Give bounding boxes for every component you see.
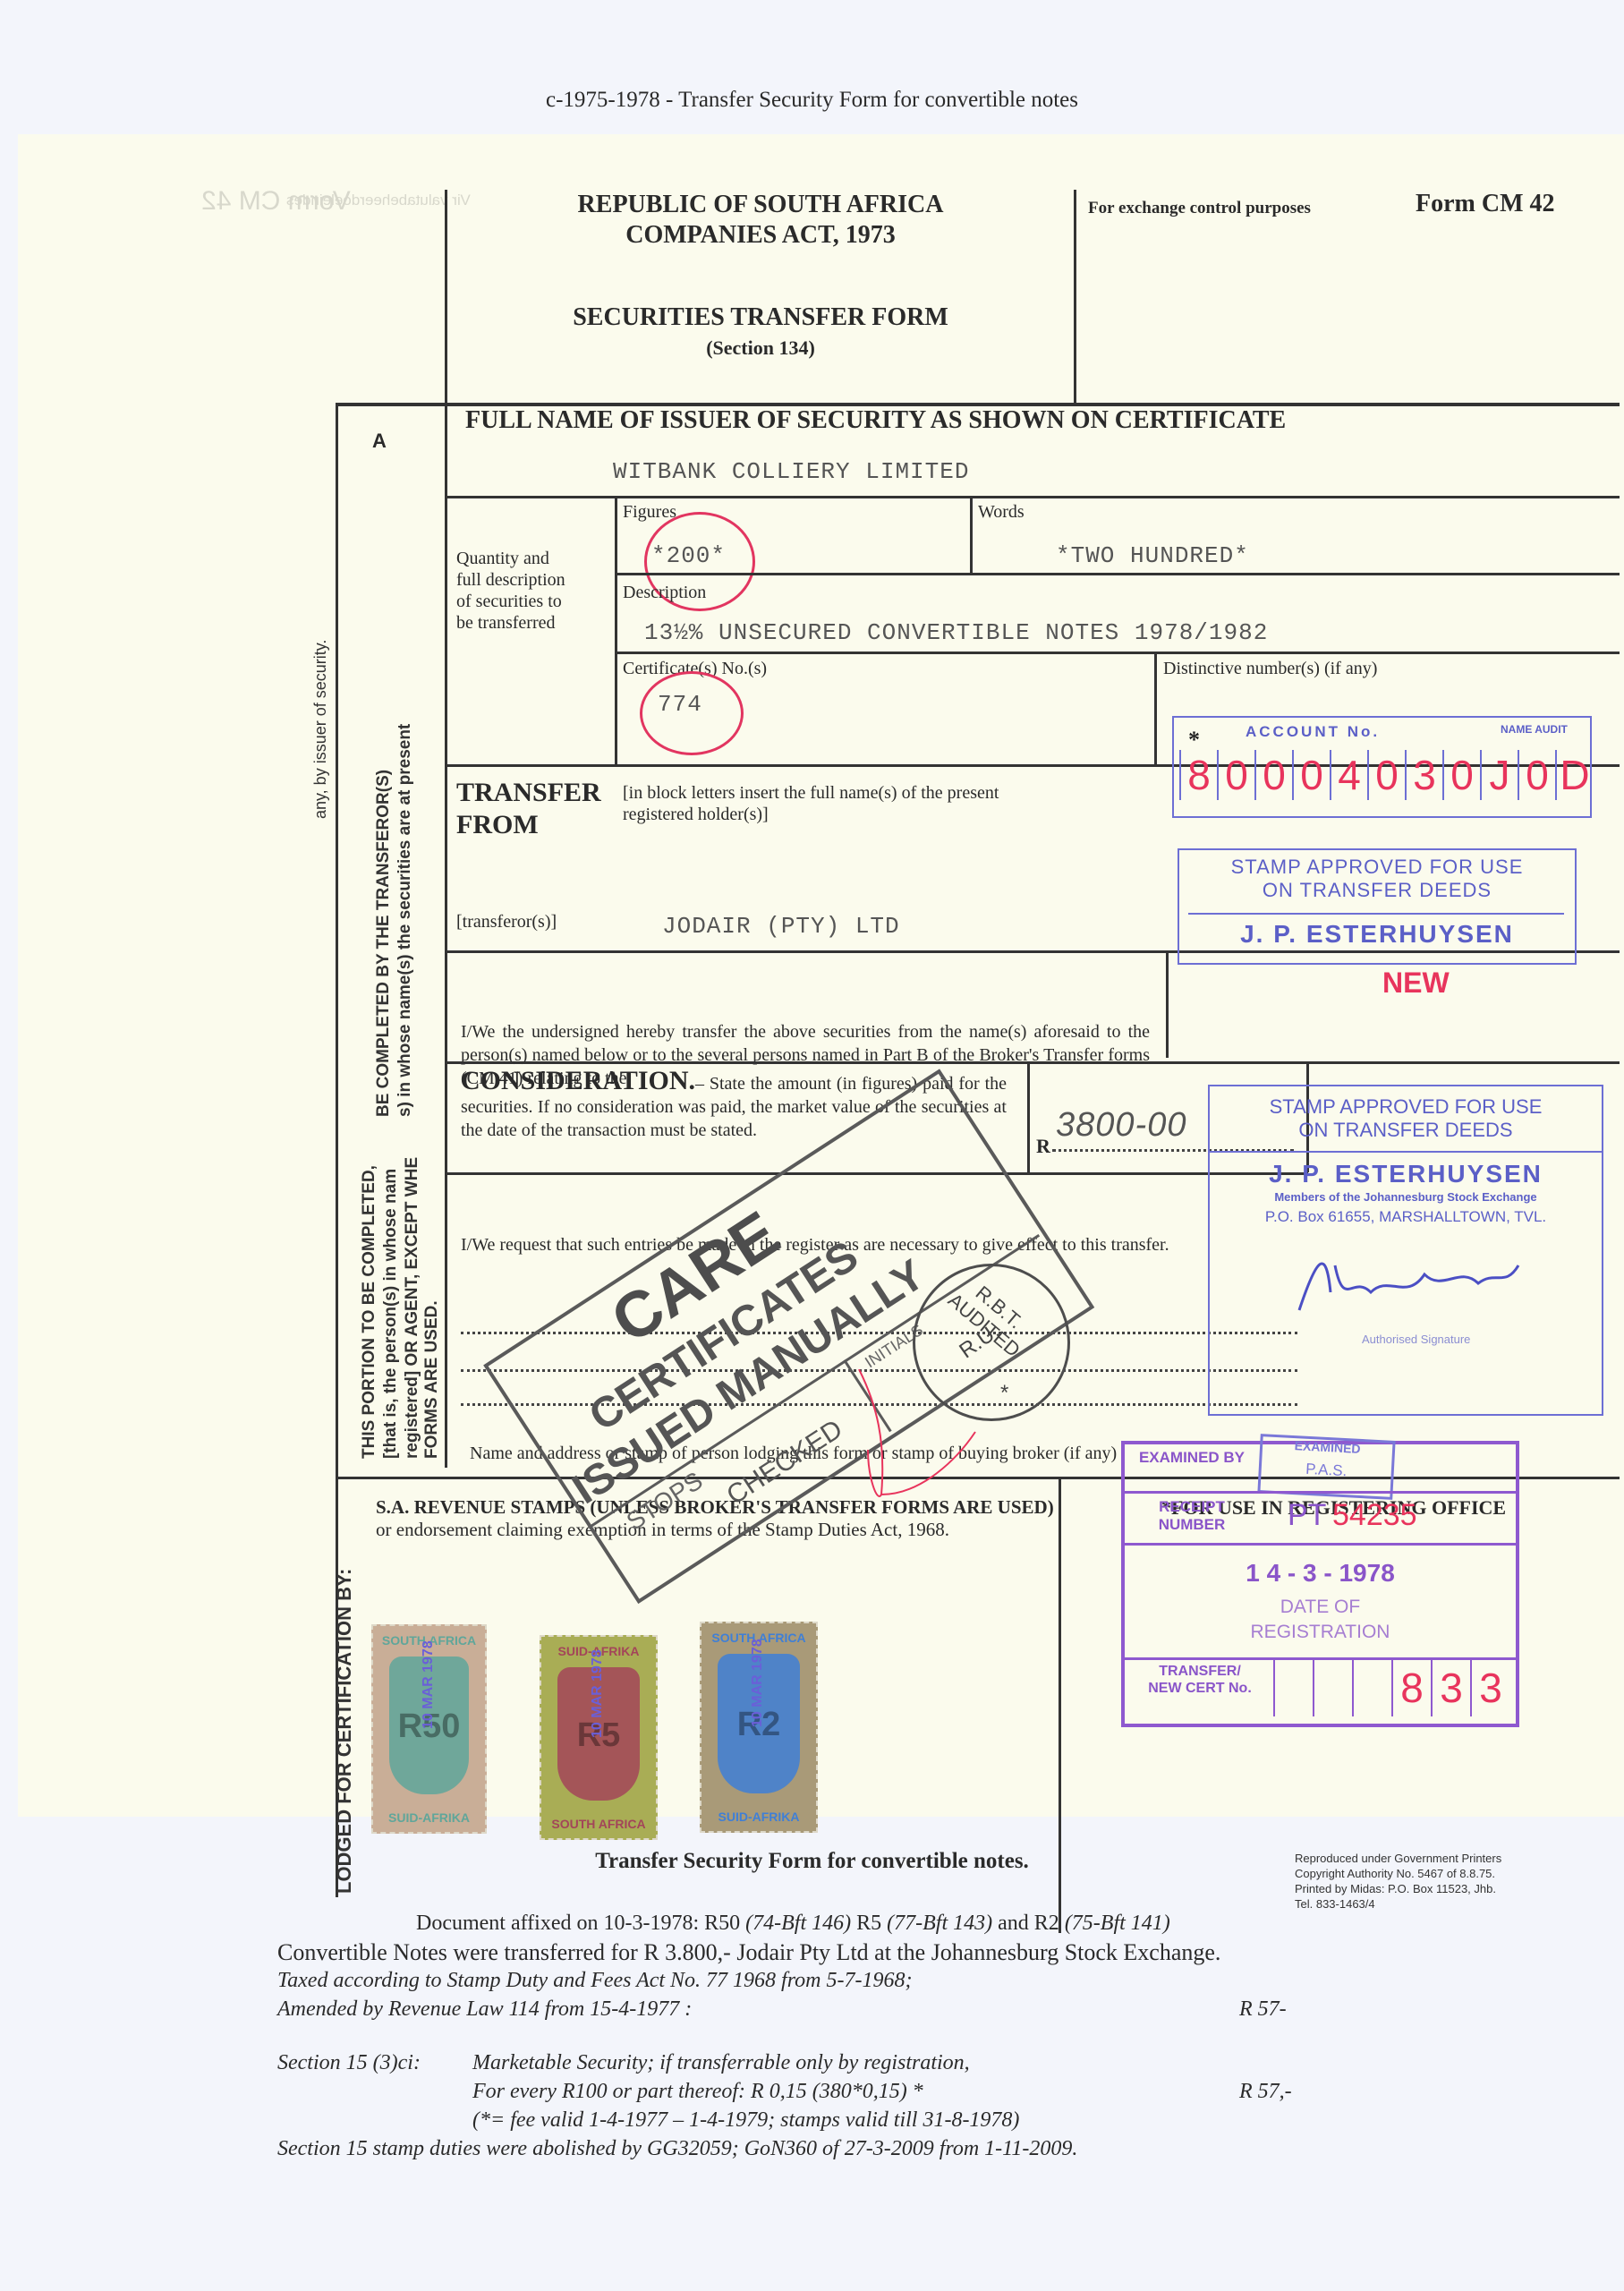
portion-label-2: [that is, the person(s) in whose nam	[381, 1169, 401, 1459]
approved-large-members: Members of the Johannesburg Stock Exchan…	[1210, 1190, 1602, 1204]
distinctive-label: Distinctive number(s) (if any)	[1163, 658, 1377, 679]
account-digits: 80004030J0D	[1179, 750, 1593, 800]
notes-section-text: Marketable Security; if transferrable on…	[472, 2049, 970, 2077]
cert-digit-cell: 3	[1431, 1659, 1470, 1716]
registry-divider-1	[1125, 1491, 1516, 1494]
receipt-label: RECEIPT NUMBER	[1134, 1498, 1250, 1534]
description-label: Description	[623, 582, 706, 603]
authorised-signature-label: Authorised Signature	[1362, 1333, 1470, 1346]
notes-transferred: Convertible Notes were transferred for R…	[277, 1938, 1220, 1966]
approved-stamp-small: STAMP APPROVED FOR USE ON TRANSFER DEEDS…	[1178, 848, 1577, 965]
consideration-heading: CONSIDERATION.	[461, 1066, 695, 1095]
account-digit: 0	[1292, 750, 1330, 800]
notes-validity: (*= fee valid 1-4-1977 – 1-4-1979; stamp…	[472, 2107, 1019, 2134]
transfer-heading-line1: TRANSFER	[456, 778, 601, 807]
lodged-border	[336, 1468, 338, 1897]
revenue-stamp: SOUTH AFRICA R2 10 MAR 1978 SUID-AFRIKA	[700, 1622, 818, 1833]
account-digit: 0	[1217, 750, 1254, 800]
notes-amended: Amended by Revenue Law 114 from 15-4-197…	[277, 1996, 692, 2023]
stamp-cancel: 10 MAR 1978	[750, 1639, 766, 1727]
section-letter: A	[372, 430, 387, 453]
cert-digit-cell: 8	[1391, 1659, 1431, 1716]
notes-title: Transfer Security Form for convertible n…	[0, 1849, 1624, 1874]
cert-digit-cell	[1352, 1659, 1391, 1716]
transferor-value[interactable]: JODAIR (PTY) LTD	[662, 913, 900, 940]
stamp-bottom-text: SOUTH AFRICA	[541, 1817, 656, 1831]
stamp-cancel: 10 MAR 1978	[421, 1640, 437, 1729]
revenue-stamp: SUID-AFRIKA R5 10 MAR 1978 SOUTH AFRICA	[540, 1635, 658, 1840]
registration-date: 1 4 - 3 - 1978	[1125, 1559, 1516, 1588]
transferor-label-2: s) in whose name(s) the securities are a…	[395, 724, 415, 1117]
new-mark: NEW	[1382, 967, 1450, 1000]
transferor-label: [transferor(s)]	[456, 911, 557, 933]
description-value[interactable]: 13½% UNSECURED CONVERTIBLE NOTES 1978/19…	[644, 619, 1268, 646]
declaration-divider	[1166, 950, 1169, 1058]
affixed-r5-ref: (77-Bft 143)	[887, 1912, 992, 1935]
header-left-border	[445, 190, 447, 405]
transferor-label-1: BE COMPLETED BY THE TRANSFEROR(S)	[374, 770, 394, 1117]
account-digit: 0	[1367, 750, 1405, 800]
portion-label-3: registered] OR AGENT, EXCEPT WHE	[403, 1157, 422, 1459]
cert-digit-cell	[1313, 1659, 1352, 1716]
stamp-bottom-text: SUID-AFRIKA	[373, 1810, 485, 1825]
approved-large-address: P.O. Box 61655, MARSHALLTOWN, TVL.	[1210, 1208, 1602, 1226]
affixed-r50-ref: (74-Bft 146)	[745, 1912, 851, 1935]
affixed-r5: R5	[851, 1912, 887, 1935]
examined-value: P.A.S.	[1261, 1458, 1391, 1483]
form-title: SECURITIES TRANSFER FORM	[465, 302, 1056, 333]
account-digit: 0	[1518, 750, 1555, 800]
words-value[interactable]: *TWO HUNDRED*	[1056, 542, 1249, 569]
cert-digits: 833	[1273, 1659, 1509, 1716]
audited-stamp-star: *	[1000, 1381, 1008, 1406]
cert-digit-cell: 3	[1470, 1659, 1509, 1716]
broker-signature	[1263, 1239, 1532, 1319]
name-audit-label: NAME AUDIT	[1501, 723, 1568, 736]
approved-small-broker: J. P. ESTERHUYSEN	[1179, 920, 1575, 949]
approved-large-broker: J. P. ESTERHUYSEN	[1210, 1160, 1602, 1188]
cert-label-2: NEW CERT No.	[1148, 1681, 1252, 1696]
approved-small-line1: STAMP APPROVED FOR USE	[1179, 856, 1575, 879]
issuer-value[interactable]: WITBANK COLLIERY LIMITED	[613, 458, 969, 485]
notes-abolished: Section 15 stamp duties were abolished b…	[277, 2135, 1077, 2163]
notes-amended-amount: R 57-	[1239, 1996, 1287, 2023]
notes-affixed: Document affixed on 10-3-1978: R50 (74-B…	[416, 1910, 1170, 1938]
words-label: Words	[978, 501, 1025, 523]
revenue-stamp: SOUTH AFRICA R50 10 MAR 1978 SUID-AFRIKA	[371, 1624, 487, 1834]
approved-stamp-large: STAMP APPROVED FOR USE ON TRANSFER DEEDS…	[1208, 1085, 1603, 1416]
examined-pas-stamp: EXAMINED P.A.S.	[1257, 1434, 1395, 1500]
affixed-r2: and R2	[992, 1912, 1065, 1935]
stamp-cancel: 10 MAR 1978	[590, 1649, 606, 1738]
date-label-2: REGISTRATION	[1125, 1622, 1516, 1643]
header-right-border	[1074, 190, 1076, 405]
date-label-1: DATE OF	[1125, 1597, 1516, 1618]
registry-divider-2	[1125, 1543, 1516, 1546]
examined-label: EXAMINED BY	[1134, 1450, 1250, 1466]
header-companies-act: COMPANIES ACT, 1973	[465, 220, 1056, 251]
approved-small-divider	[1188, 913, 1564, 915]
distinctive-divider	[1154, 652, 1157, 764]
receipt-value: 54235	[1332, 1498, 1417, 1533]
account-digit: 0	[1442, 750, 1480, 800]
examined-stamp-text: EXAMINED	[1263, 1436, 1393, 1458]
declaration-bottom-border	[447, 1061, 1620, 1064]
audited-stamp: R.B.T. AUDITED R.U. *	[913, 1264, 1070, 1421]
receipt-prefix: PT	[1288, 1498, 1326, 1533]
affixed-prefix: Document affixed on 10-3-1978: R50	[416, 1912, 745, 1935]
notes-every-amount: R 57,-	[1239, 2078, 1292, 2106]
quantity-label: Quantity and full description of securit…	[456, 548, 573, 634]
transfer-heading-line2: FROM	[456, 810, 539, 839]
account-label: ACCOUNT No.	[1246, 723, 1380, 741]
outer-left-border	[336, 403, 338, 1468]
ghost-exchange-text: Vir valutabeheerdoeleindes	[286, 192, 471, 209]
portion-label-1: THIS PORTION TO BE COMPLETED,	[360, 1165, 379, 1459]
figures-bottom-border	[615, 573, 1620, 575]
page-caption: c-1975-1978 - Transfer Security Form for…	[0, 88, 1624, 113]
certificate-red-circle	[640, 671, 744, 755]
quantity-inner-border	[615, 496, 617, 764]
account-digit: D	[1555, 750, 1593, 800]
notes-section-label: Section 15 (3)ci:	[277, 2049, 421, 2077]
cert-label: TRANSFER/NEW CERT No.	[1128, 1663, 1271, 1697]
approved-large-divider	[1210, 1151, 1602, 1153]
portion-label-4: FORMS ARE USED.	[422, 1300, 442, 1459]
affixed-r2-ref: (75-Bft 141)	[1065, 1912, 1170, 1935]
words-divider	[970, 496, 973, 575]
exchange-control-label: For exchange control purposes	[1088, 199, 1311, 218]
issuer-heading: FULL NAME OF ISSUER OF SECURITY AS SHOWN…	[465, 406, 1286, 435]
account-digit: 0	[1254, 750, 1292, 800]
cert-label-1: TRANSFER/	[1159, 1664, 1241, 1679]
stamp-bottom-text: SUID-AFRIKA	[701, 1810, 816, 1824]
header-republic: REPUBLIC OF SOUTH AFRICA	[465, 190, 1056, 220]
transfer-instruction: [in block letters insert the full name(s…	[623, 782, 1034, 825]
registry-stamp: EXAMINED BY EXAMINED P.A.S. RECEIPT NUMB…	[1121, 1441, 1519, 1727]
issuer-note: any, by issuer of security.	[311, 640, 330, 819]
account-digit: 3	[1405, 750, 1442, 800]
transfer-form-sheet: Vorm CM 42 Vir valutabeheerdoeleindes RE…	[18, 134, 1624, 1817]
consideration-amount[interactable]: 3800-00	[1056, 1106, 1186, 1145]
notes-taxed: Taxed according to Stamp Duty and Fees A…	[277, 1967, 912, 1995]
issuer-bottom-border	[447, 496, 1620, 498]
form-section: (Section 134)	[465, 336, 1056, 360]
approved-large-line2: ON TRANSFER DEEDS	[1210, 1119, 1602, 1142]
approved-small-line2: ON TRANSFER DEEDS	[1179, 879, 1575, 902]
description-bottom-border	[615, 652, 1620, 654]
account-number-stamp: * ACCOUNT No. NAME AUDIT 80004030J0D	[1172, 716, 1592, 818]
consideration-currency: R	[1036, 1135, 1050, 1158]
account-digit: 4	[1330, 750, 1367, 800]
cert-digit-cell	[1273, 1659, 1313, 1716]
account-digit: 8	[1179, 750, 1217, 800]
printer-note-line4: Tel. 833-1463/4	[1295, 1896, 1501, 1912]
approved-large-line1: STAMP APPROVED FOR USE	[1210, 1095, 1602, 1119]
notes-every: For every R100 or part thereof: R 0,15 (…	[472, 2078, 923, 2106]
side-column-border	[445, 403, 447, 1468]
form-number: Form CM 42	[1416, 190, 1555, 218]
printer-note-line3: Printed by Midas: P.O. Box 11523, Jhb.	[1295, 1881, 1501, 1896]
account-digit: J	[1480, 750, 1518, 800]
consideration-divider	[1027, 1061, 1030, 1172]
transfer-from-heading: TRANSFERFROM	[456, 777, 601, 841]
